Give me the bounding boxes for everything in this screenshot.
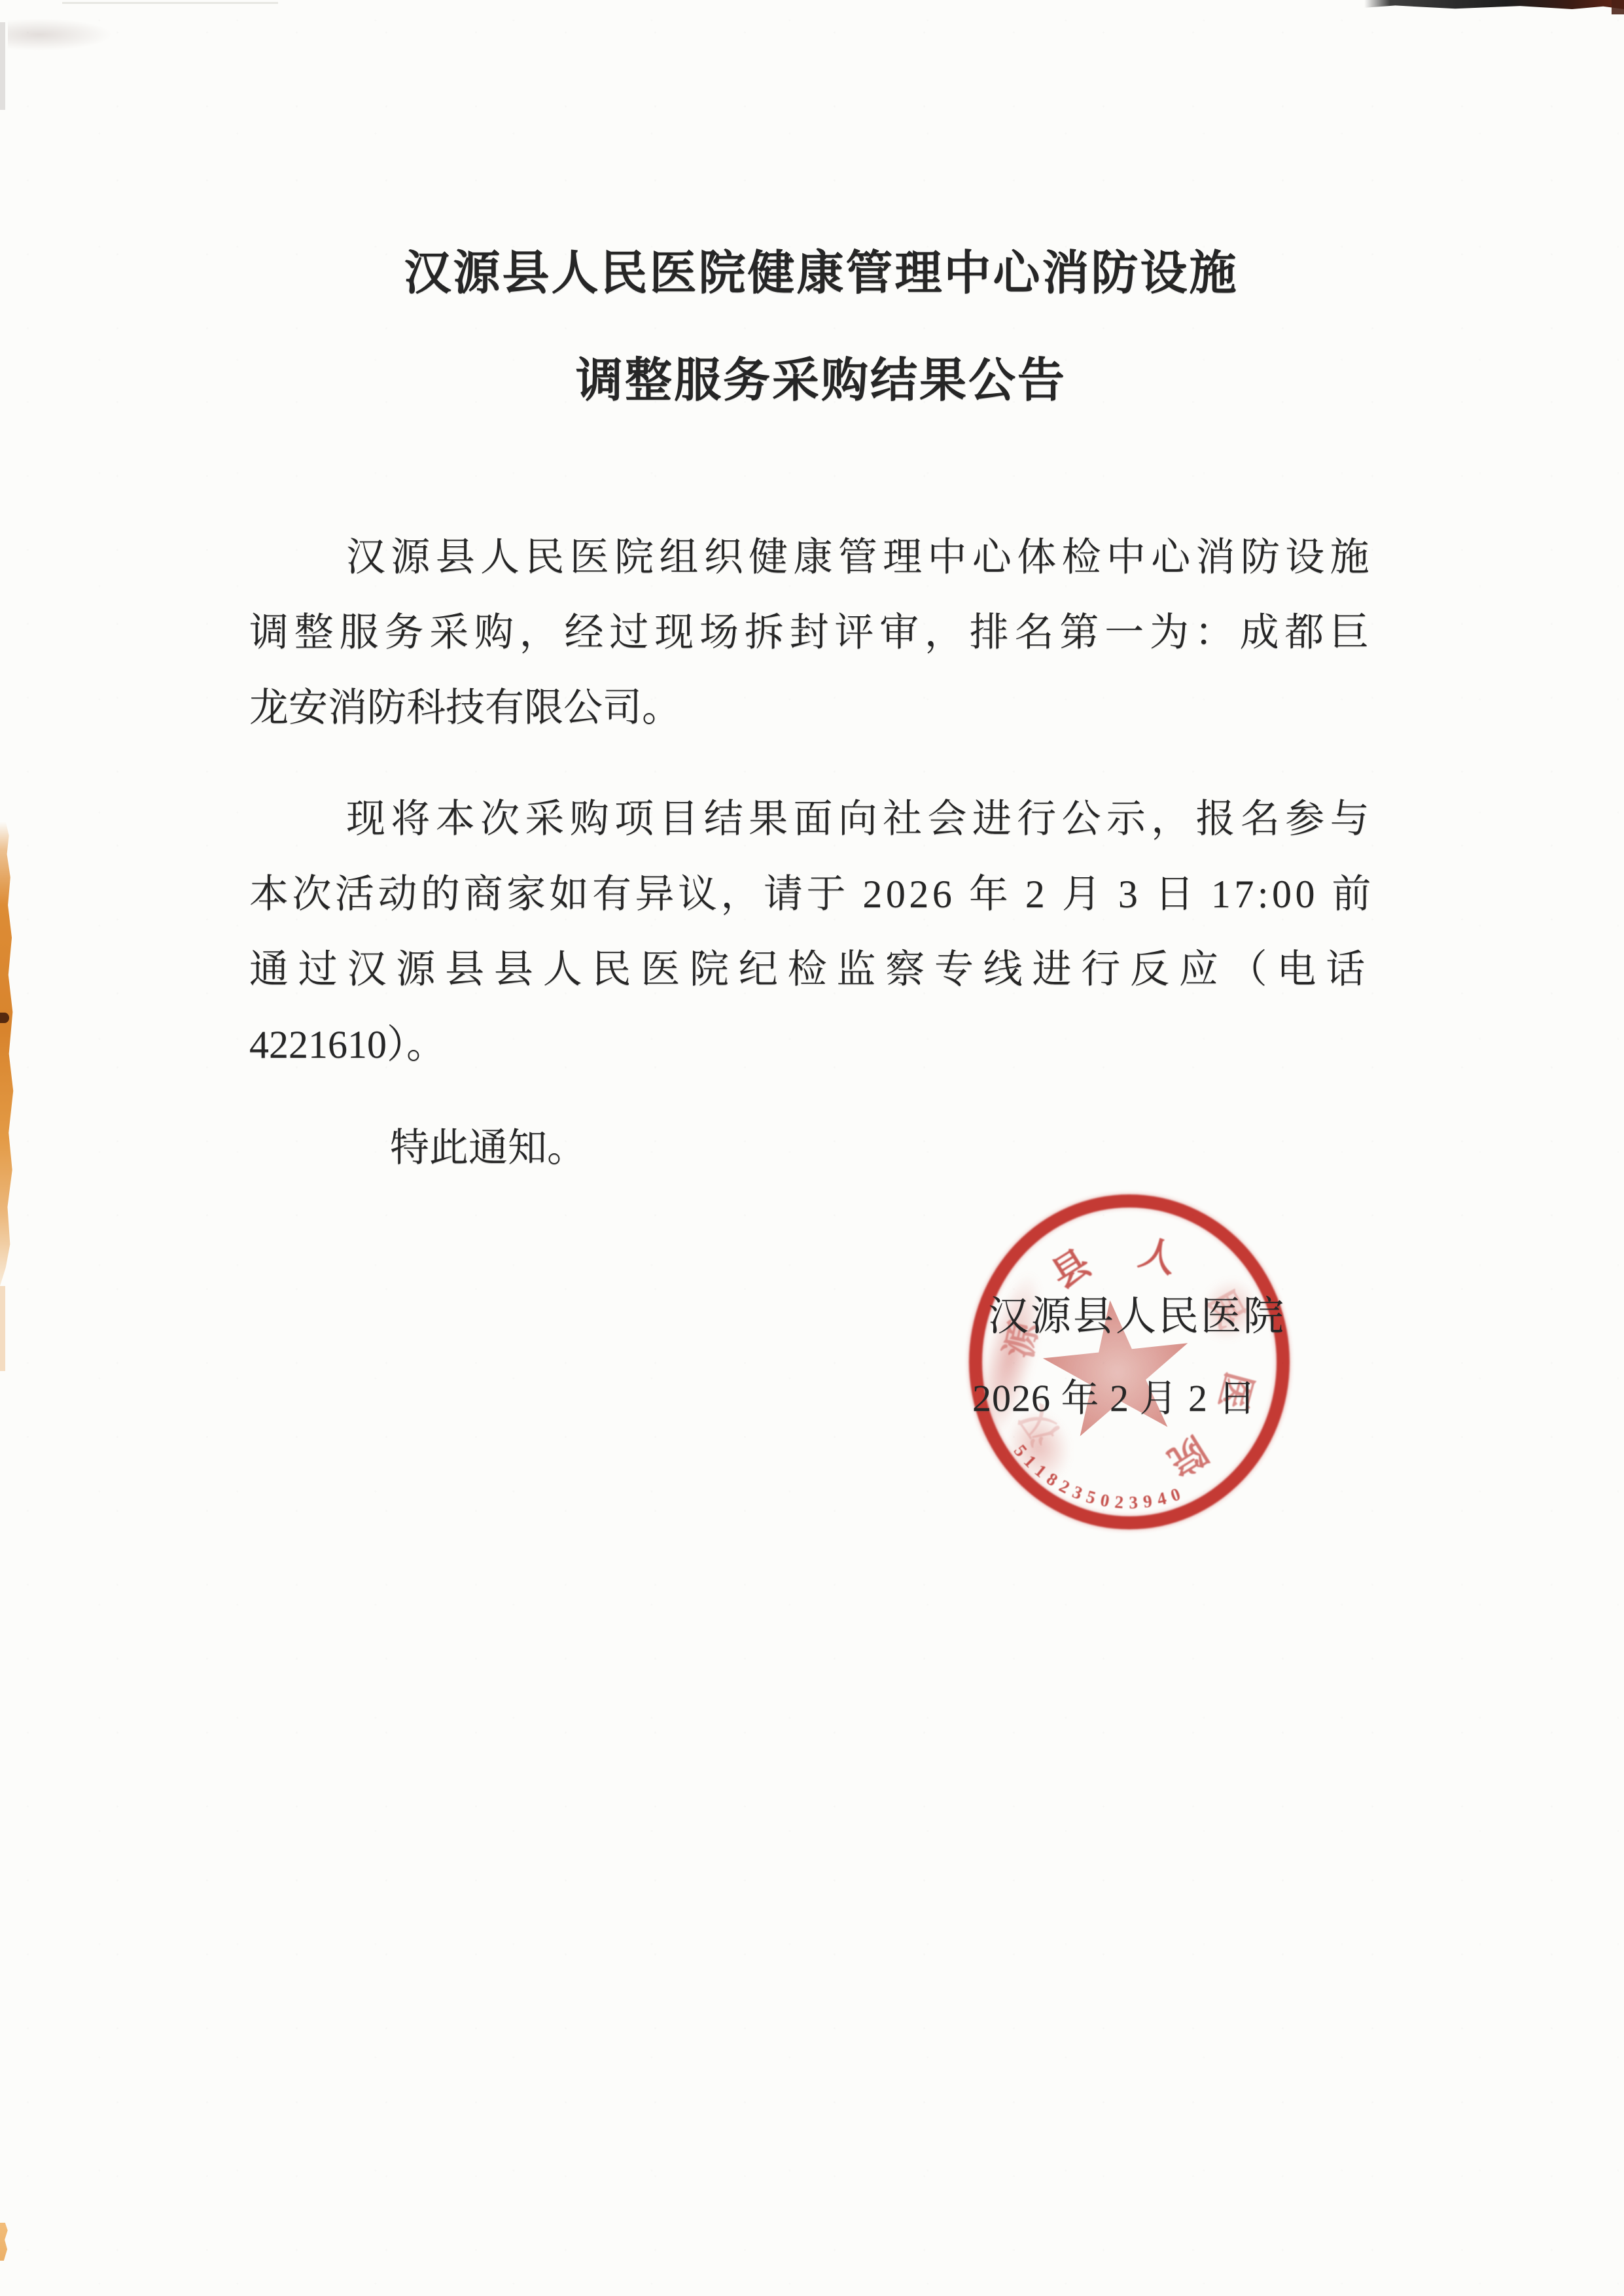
scan-artifact-top-left-smudge xyxy=(8,18,113,51)
scan-artifact-left-strip xyxy=(0,822,14,1286)
scan-artifact-top-right-corner xyxy=(1612,0,1624,14)
signature-name: 汉源县人民医院 xyxy=(988,1292,1286,1342)
paragraph-line: 汉源县人民医院组织健康管理中心体检中心消防设施 xyxy=(249,533,1375,582)
scan-artifact-left-dark-spot xyxy=(0,1013,9,1023)
paragraph-line: 现将本次采购项目结果面向社会进行公示，报名参与 xyxy=(249,795,1375,843)
document-title-line2: 调整服务采购结果公告 xyxy=(9,353,1624,408)
scan-artifact-top-left-line xyxy=(0,22,5,110)
scan-artifact-left-lower xyxy=(0,2223,9,2261)
closing-line: 特此通知。 xyxy=(249,1124,1375,1172)
official-seal-stamp: 汉源县人民医院 5118235023940 xyxy=(969,1194,1290,1529)
scan-artifact-left-faint xyxy=(0,1286,5,1371)
document-title-line1: 汉源县人民医院健康管理中心消防设施 xyxy=(9,246,1624,301)
signature-date: 2026 年 2 月 2 日 xyxy=(972,1375,1257,1422)
scan-artifact-top-right-strip xyxy=(1364,0,1624,9)
paragraph-line: 本次活动的商家如有异议，请于 2026 年 2 月 3 日 17:00 前 xyxy=(249,870,1375,918)
scan-artifact-top-edge-line xyxy=(62,2,278,4)
paragraph-line: 调整服务采购，经过现场拆封评审，排名第一为：成都巨 xyxy=(249,608,1375,657)
paragraph-line: 龙安消防科技有限公司。 xyxy=(249,684,1375,732)
document-page: 汉源县人民医院健康管理中心消防设施 调整服务采购结果公告 汉源县人民医院组织健康… xyxy=(0,0,1624,2296)
paragraph-line: 4221610）。 xyxy=(249,1020,1375,1069)
paragraph-line: 通过汉源县县人民医院纪检监察专线进行反应（电话 xyxy=(249,945,1375,994)
